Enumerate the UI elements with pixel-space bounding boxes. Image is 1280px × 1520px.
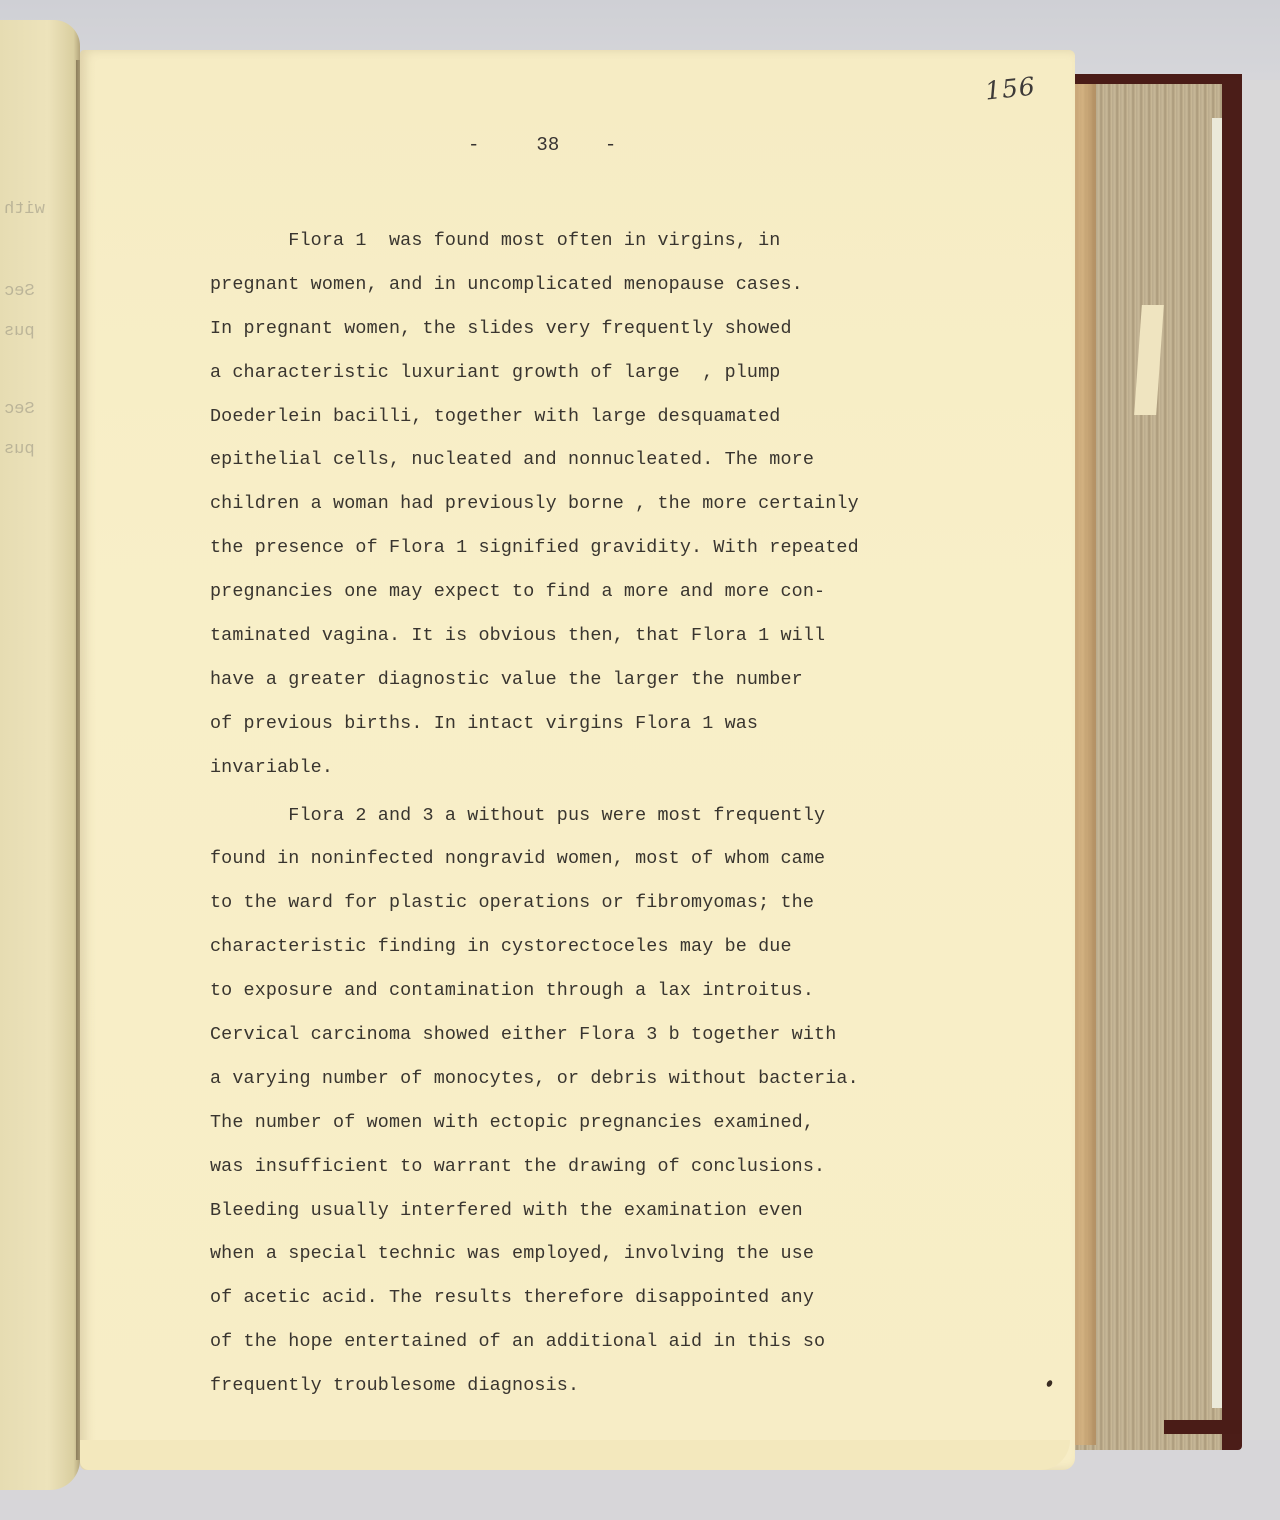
left-page-ghost-text: Sec — [4, 282, 35, 301]
text-line: Cervical carcinoma showed either Flora 3… — [210, 1013, 1070, 1057]
text-line: children a woman had previously borne , … — [210, 482, 1070, 526]
text-line: Bleeding usually interfered with the exa… — [210, 1189, 1070, 1233]
text-line: found in noninfected nongravid women, mo… — [210, 837, 1070, 881]
text-line: of the hope entertained of an additional… — [210, 1320, 1070, 1364]
text-line: of acetic acid. The results therefore di… — [210, 1276, 1070, 1320]
cover-board-right — [1222, 78, 1242, 1450]
text-line: pregnant women, and in uncomplicated men… — [210, 263, 1070, 307]
page-number-header: - 38 - — [468, 134, 616, 156]
cover-board-bottom — [1164, 1420, 1242, 1434]
scanned-book-scene: with Sec pus Sec pus 156 - 38 - Flora 1 … — [0, 0, 1280, 1520]
text-line: frequently troublesome diagnosis. — [210, 1364, 1070, 1408]
text-line: to the ward for plastic operations or fi… — [210, 881, 1070, 925]
text-line: Flora 1 was found most often in virgins,… — [210, 219, 1070, 263]
paragraph-1: Flora 1 was found most often in virgins,… — [210, 219, 1070, 790]
typewritten-body: Flora 1 was found most often in virgins,… — [210, 219, 1070, 1408]
text-line: the presence of Flora 1 signified gravid… — [210, 526, 1070, 570]
left-page-ghost-text: with — [4, 200, 45, 219]
left-page-ghost-text: Sec — [4, 400, 35, 419]
text-line: pregnancies one may expect to find a mor… — [210, 570, 1070, 614]
paragraph-2: Flora 2 and 3 a without pus were most fr… — [210, 794, 1070, 1408]
text-line: have a greater diagnostic value the larg… — [210, 658, 1070, 702]
left-page-ghost-text: pus — [4, 440, 35, 459]
text-line: characteristic finding in cystorectocele… — [210, 925, 1070, 969]
text-line: Flora 2 and 3 a without pus were most fr… — [210, 794, 1070, 838]
text-line: taminated vagina. It is obvious then, th… — [210, 614, 1070, 658]
text-line: invariable. — [210, 746, 1070, 790]
text-line: to exposure and contamination through a … — [210, 969, 1070, 1013]
text-line: was insufficient to warrant the drawing … — [210, 1145, 1070, 1189]
text-line: when a special technic was employed, inv… — [210, 1232, 1070, 1276]
text-line: In pregnant women, the slides very frequ… — [210, 307, 1070, 351]
handwritten-folio-number: 156 — [984, 71, 1037, 105]
left-page-ghost-text: pus — [4, 322, 35, 341]
cover-board-top — [1066, 74, 1242, 84]
page-bottom-curl — [80, 1440, 1070, 1470]
text-line: a varying number of monocytes, or debris… — [210, 1057, 1070, 1101]
text-line: epithelial cells, nucleated and nonnucle… — [210, 438, 1070, 482]
text-line: a characteristic luxuriant growth of lar… — [210, 351, 1070, 395]
text-line: The number of women with ectopic pregnan… — [210, 1101, 1070, 1145]
text-line: Doederlein bacilli, together with large … — [210, 395, 1070, 439]
text-line: of previous births. In intact virgins Fl… — [210, 702, 1070, 746]
left-facing-page: with Sec pus Sec pus — [0, 20, 80, 1490]
